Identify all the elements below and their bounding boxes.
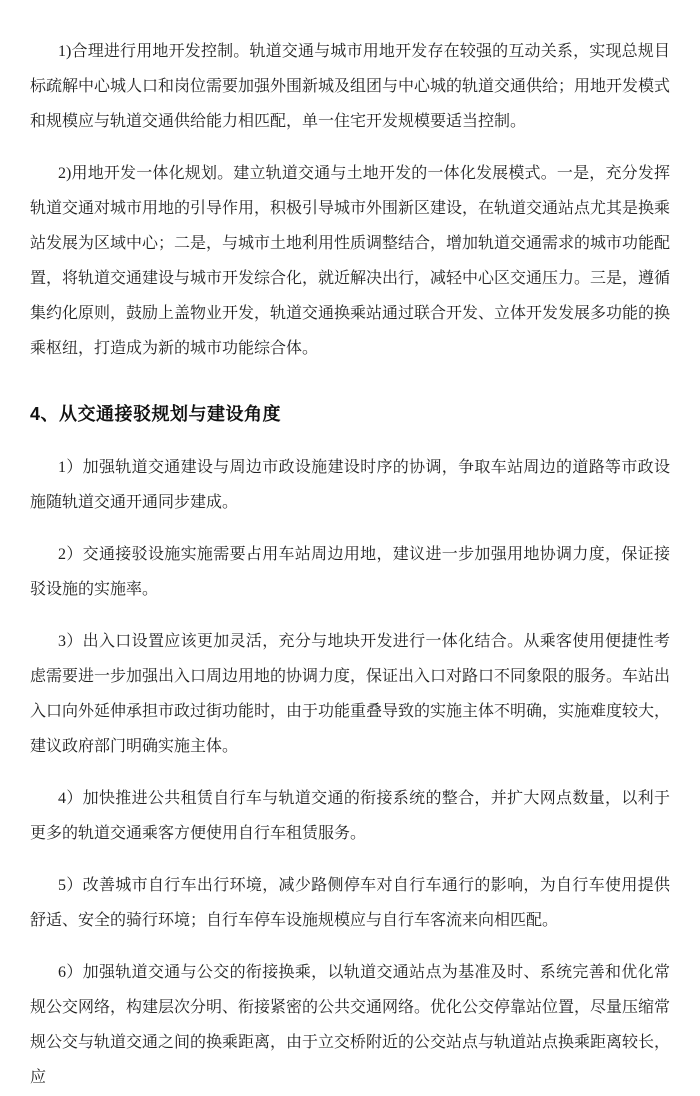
paragraph-connection-facility-land-use: 2）交通接驳设施实施需要占用车站周边用地，建议进一步加强用地协调力度，保证接驳设…	[30, 537, 670, 607]
paragraph-public-bicycle-rental-integration: 4）加快推进公共租赁自行车与轨道交通的衔接系统的整合，并扩大网点数量，以利于更多…	[30, 781, 670, 851]
paragraph-integrated-land-development-planning: 2)用地开发一体化规划。建立轨道交通与土地开发的一体化发展模式。一是，充分发挥轨…	[30, 156, 670, 366]
paragraph-bus-rail-transfer-optimization: 6）加强轨道交通与公交的衔接换乘，以轨道交通站点为基准及时、系统完善和优化常规公…	[30, 955, 670, 1095]
paragraph-construction-timing-coordination: 1）加强轨道交通建设与周边市政设施建设时序的协调，争取车站周边的道路等市政设施随…	[30, 450, 670, 520]
paragraph-cycling-environment-improvement: 5）改善城市自行车出行环境，减少路侧停车对自行车通行的影响，为自行车使用提供舒适…	[30, 868, 670, 938]
paragraph-land-development-control: 1)合理进行用地开发控制。轨道交通与城市用地开发存在较强的互动关系，实现总规目标…	[30, 34, 670, 139]
section-heading-transport-connection-planning: 4、从交通接驳规划与建设角度	[30, 402, 670, 426]
paragraph-station-entrance-flexibility: 3）出入口设置应该更加灵活，充分与地块开发进行一体化结合。从乘客使用便捷性考虑需…	[30, 624, 670, 764]
document-page: 1)合理进行用地开发控制。轨道交通与城市用地开发存在较强的互动关系，实现总规目标…	[0, 0, 700, 1096]
